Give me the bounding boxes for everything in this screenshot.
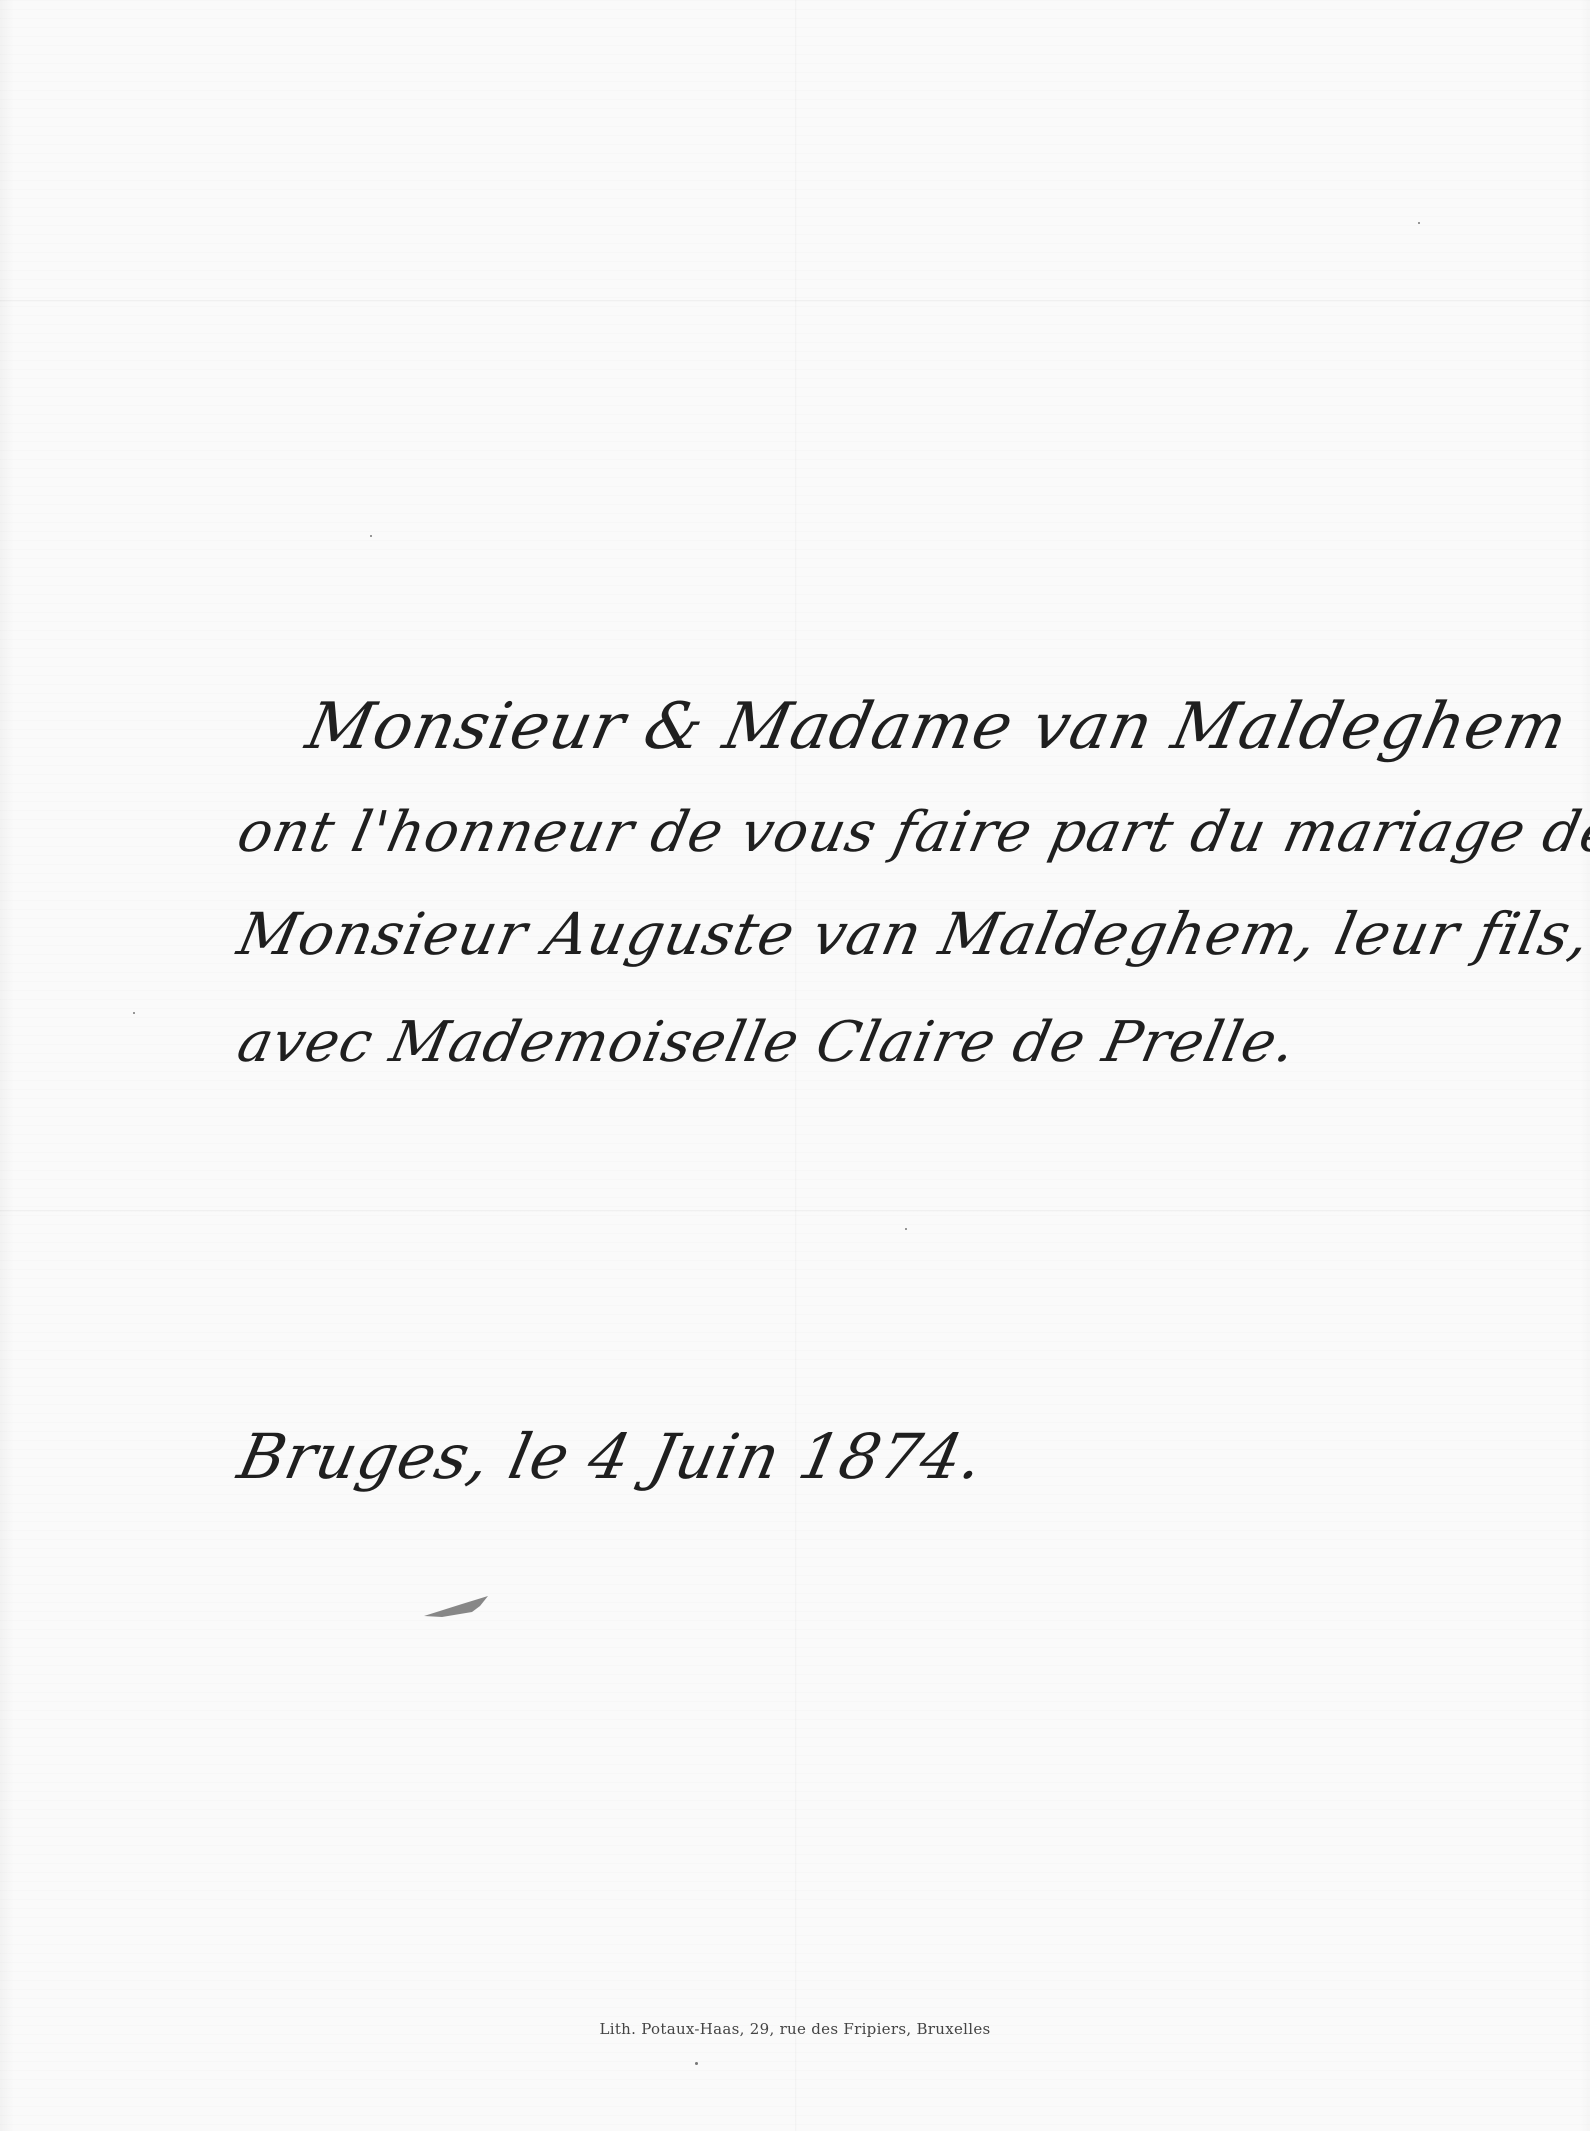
- paper-speck: [905, 1228, 907, 1230]
- printer-imprint: Lith. Potaux-Haas, 29, rue des Fripiers,…: [0, 2020, 1590, 2038]
- paper-speck: [695, 2062, 698, 2065]
- paper-speck: [133, 1012, 135, 1014]
- paper-speck: [370, 535, 372, 537]
- announcement-line-groom: Monsieur Auguste van Maldeghem, leur fil…: [232, 900, 1590, 968]
- announcement-line-bride: avec Mademoiselle Claire de Prelle.: [232, 1010, 1302, 1075]
- paper-stain-mark: [422, 1594, 492, 1620]
- place-and-date: Bruges, le 4 Juin 1874.: [232, 1420, 990, 1493]
- announcement-line-parents: Monsieur & Madame van Maldeghem: [300, 690, 1574, 764]
- paper-speck: [1418, 222, 1420, 224]
- paper-sheet: Monsieur & Madame van Maldeghem ont l'ho…: [0, 0, 1590, 2131]
- announcement-line-honour: ont l'honneur de vous faire part du mari…: [232, 800, 1590, 865]
